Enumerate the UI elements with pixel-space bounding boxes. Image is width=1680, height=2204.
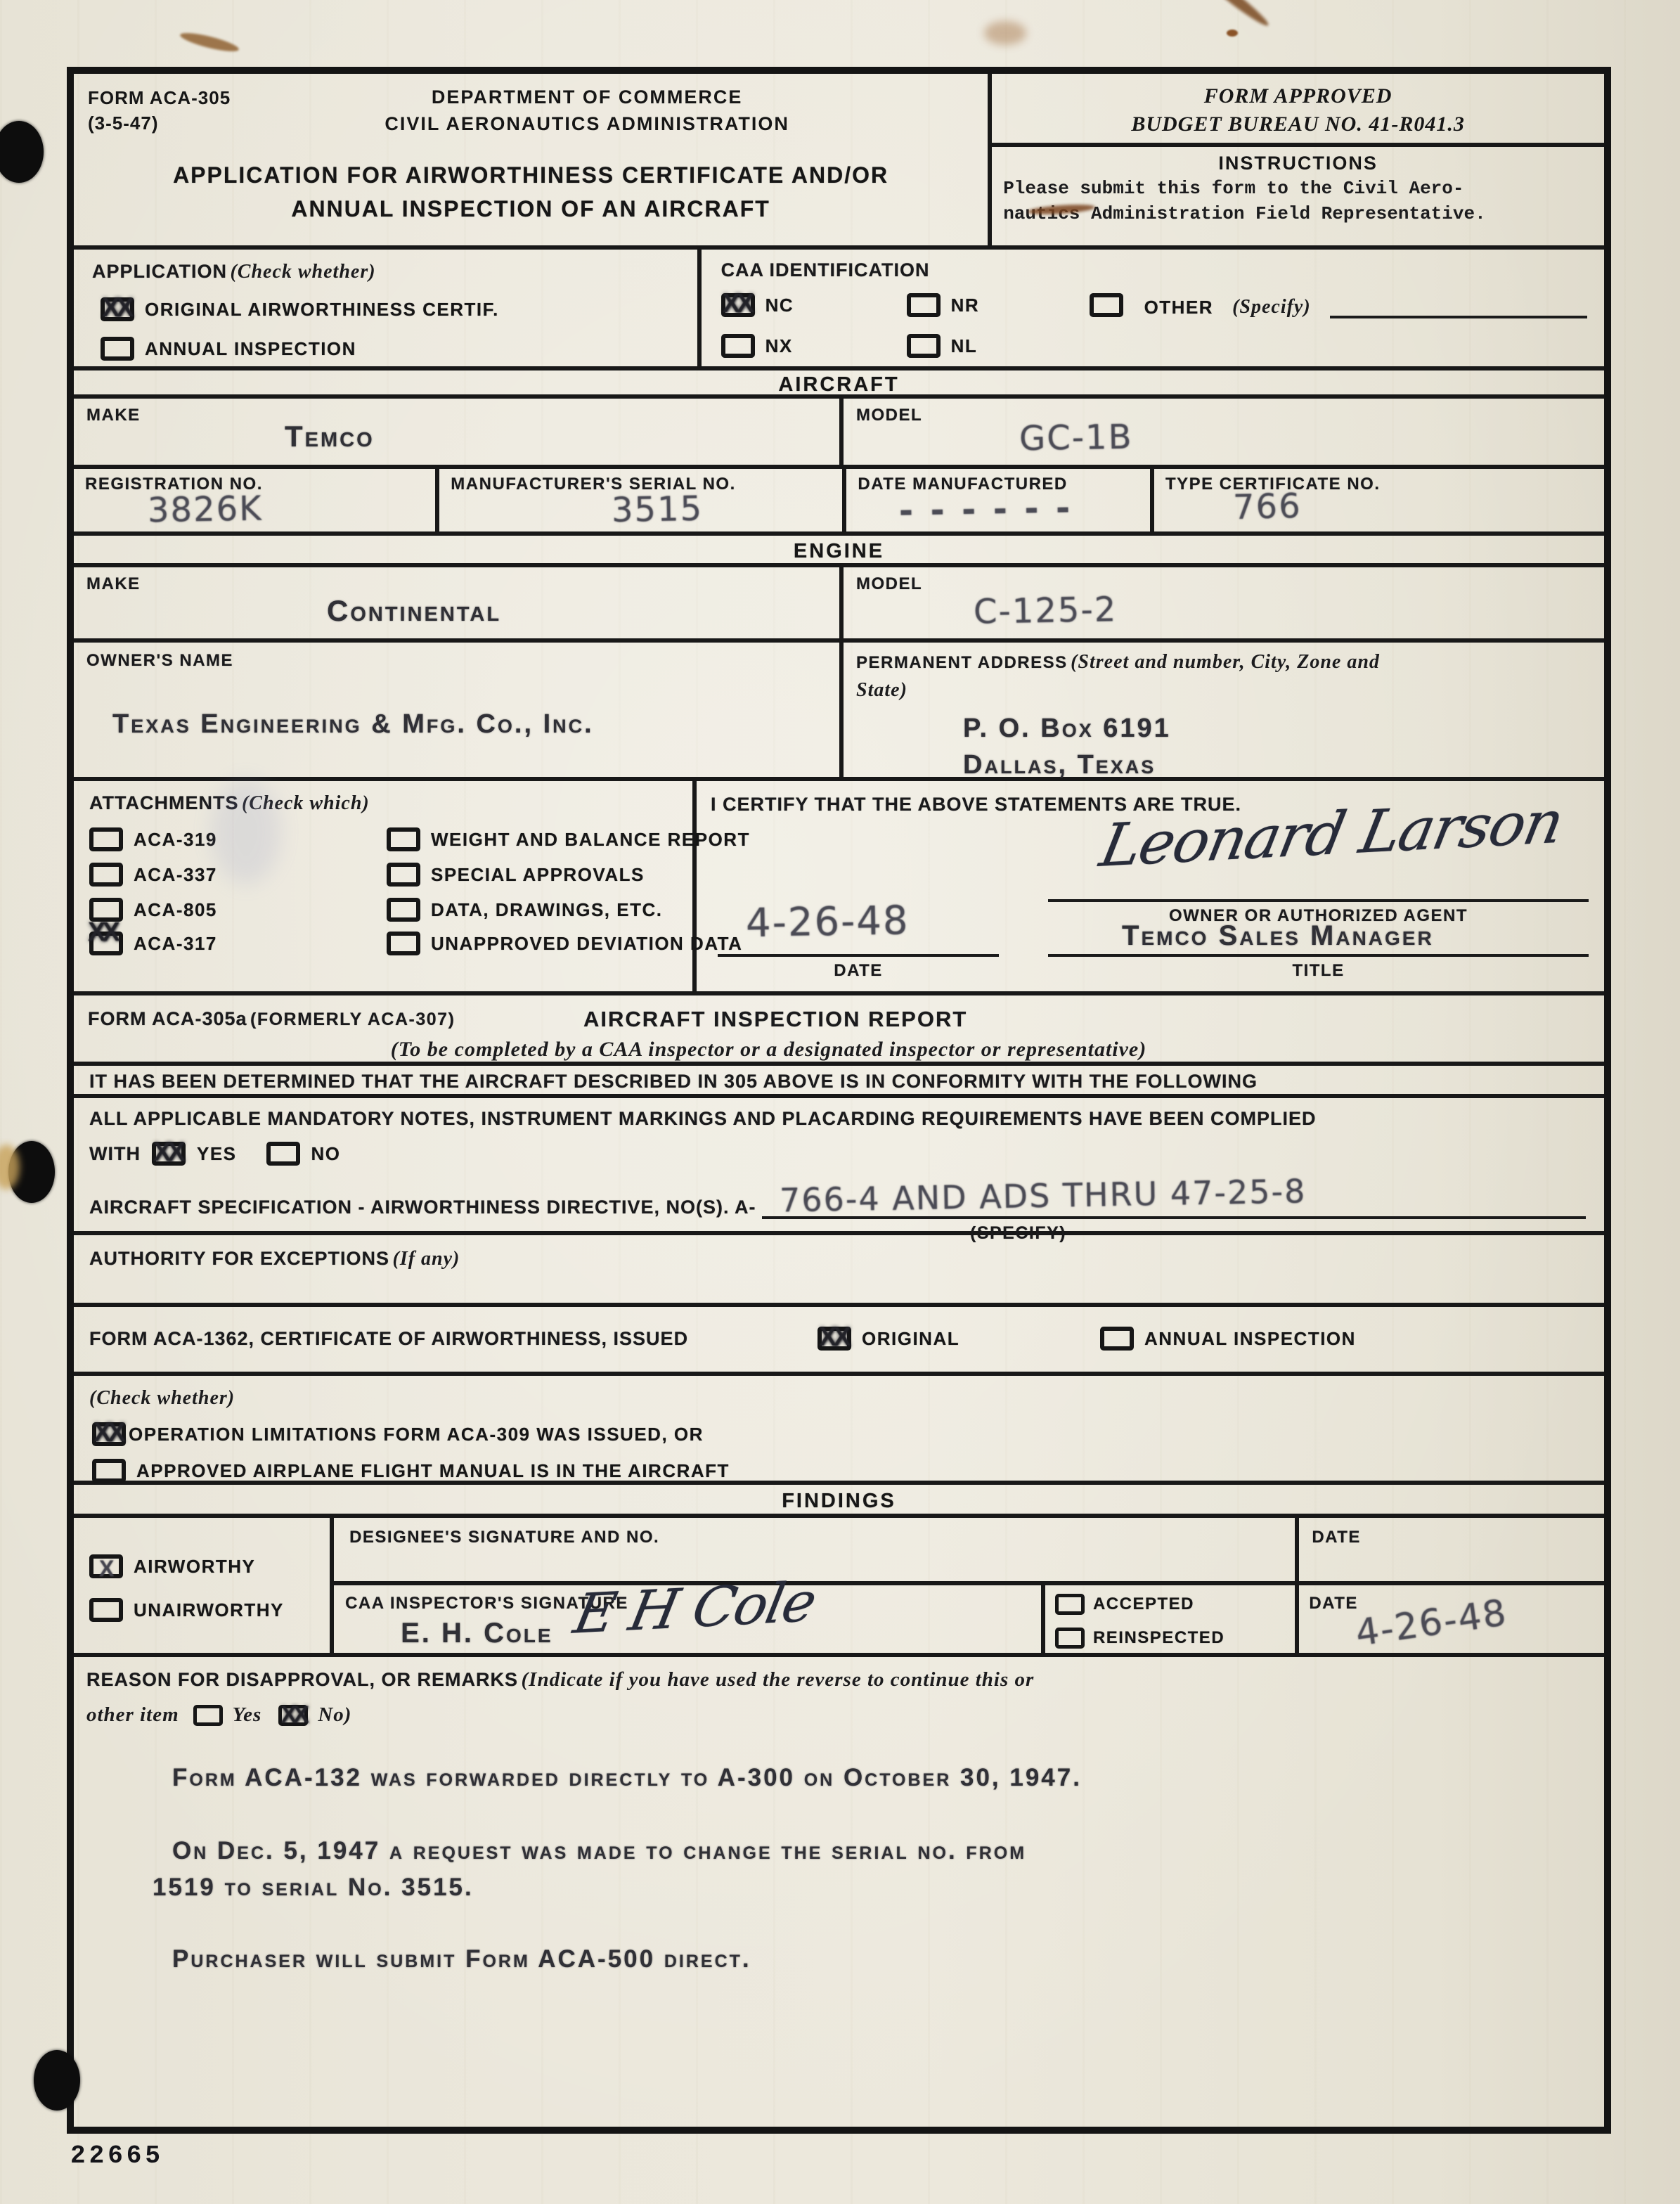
option-label: ACA-319	[134, 829, 217, 851]
option-label: UNAPPROVED DEVIATION DATA	[431, 933, 742, 955]
check-mark: XX	[723, 289, 751, 319]
form-header: FORM ACA-305 (3-5-47) DEPARTMENT OF COMM…	[74, 74, 1604, 250]
instructions-title: INSTRUCTIONS	[992, 153, 1604, 174]
option-label: YES	[197, 1143, 237, 1165]
option-nl: NL	[907, 334, 978, 358]
inspection-date-label: DATE	[1309, 1594, 1358, 1613]
application-cell: APPLICATION (Check whether) XX ORIGINAL …	[74, 250, 702, 366]
page-title: APPLICATION FOR AIRWORTHINESS CERTIFICAT…	[74, 158, 988, 226]
aircraft-model-label: MODEL	[856, 406, 922, 425]
option-label: ORIGINAL AIRWORTHINESS CERTIF.	[145, 299, 499, 321]
aca-1362-row: FORM ACA-1362, CERTIFICATE OF AIRWORTHIN…	[74, 1307, 1604, 1376]
engine-make-cell: MAKE Continental	[74, 567, 844, 638]
address-label-line: PERMANENT ADDRESS (Street and number, Ci…	[856, 650, 1380, 706]
instructions-text: Please submit this form to the Civil Aer…	[992, 174, 1604, 226]
attachments-certify-row: ATTACHMENTS (Check which) ACA-319 WEIGHT…	[74, 781, 1604, 995]
option-label: SPECIAL APPROVALS	[431, 864, 645, 886]
aircraft-make-cell: MAKE Temco	[74, 399, 844, 465]
certify-title-value: Temco Sales Manager	[1122, 920, 1434, 952]
remarks-label-line: REASON FOR DISAPPROVAL, OR REMARKS (Indi…	[86, 1668, 1034, 1691]
form-aca-305: FORM ACA-305 (3-5-47) DEPARTMENT OF COMM…	[67, 67, 1611, 2134]
remark-line-1: Form ACA-132 was forwarded directly to A…	[172, 1764, 1082, 1792]
option-issued-annual: ANNUAL INSPECTION	[1100, 1327, 1356, 1351]
engine-model-value: C-125-2	[974, 590, 1118, 632]
option-label: UNAIRWORTHY	[134, 1599, 284, 1621]
checkbox-special-approvals	[387, 863, 420, 887]
inspector-typed-name: E. H. Cole	[401, 1618, 553, 1649]
option-nc: XX NC	[721, 293, 794, 317]
checkbox-aca-337	[89, 863, 123, 887]
remarks-label: REASON FOR DISAPPROVAL, OR REMARKS	[86, 1669, 518, 1690]
checkbox-operation-limitations: XX	[92, 1422, 126, 1446]
registration-cell: REGISTRATION NO. 3826K	[74, 469, 439, 531]
checkbox-unapproved-deviation	[387, 932, 420, 955]
certification-cell: I CERTIFY THAT THE ABOVE STATEMENTS ARE …	[697, 781, 1604, 991]
approved-line1: FORM APPROVED	[992, 82, 1604, 110]
spec-directive-line: AIRCRAFT SPECIFICATION - AIRWORTHINESS D…	[89, 1174, 1586, 1219]
option-flight-manual: APPROVED AIRPLANE FLIGHT MANUAL IS IN TH…	[92, 1459, 730, 1483]
option-label: ANNUAL INSPECTION	[1144, 1328, 1356, 1350]
option-aca-319: ACA-319	[89, 827, 217, 851]
option-issued-original: XX ORIGINAL	[818, 1327, 959, 1351]
owner-cell: OWNER'S NAME Texas Engineering & Mfg. Co…	[74, 643, 844, 777]
date-manufactured-cell: DATE MANUFACTURED - - - - - -	[846, 469, 1154, 531]
option-label: ACA-317	[134, 933, 217, 955]
owner-label: OWNER'S NAME	[86, 651, 233, 671]
check-mark: XX	[819, 1322, 848, 1353]
checkbox-reverse-no: XX	[278, 1705, 308, 1726]
option-nx: NX	[721, 334, 793, 358]
checkbox-unairworthy	[89, 1598, 123, 1622]
engine-make-value: Continental	[327, 594, 501, 628]
inspection-date-value: 4-26-48	[1353, 1592, 1510, 1655]
attachments-label: ATTACHMENTS	[89, 792, 238, 813]
address-line2: Dallas, Texas	[963, 750, 1156, 780]
type-certificate-cell: TYPE CERTIFICATE NO. 766	[1154, 469, 1604, 531]
determined-row: IT HAS BEEN DETERMINED THAT THE AIRCRAFT…	[74, 1066, 1604, 1098]
department-heading: DEPARTMENT OF COMMERCE CIVIL AERONAUTICS…	[186, 84, 988, 137]
option-aca-317: XX ACA-317	[89, 932, 217, 955]
with-label: WITH	[89, 1143, 141, 1165]
checkbox-issued-original: XX	[818, 1327, 851, 1351]
report-title: AIRCRAFT INSPECTION REPORT	[583, 1007, 967, 1032]
engine-make-model: MAKE Continental MODEL C-125-2	[74, 567, 1604, 643]
option-label: ACA-337	[134, 864, 217, 886]
title-line	[1048, 954, 1589, 957]
option-unapproved-deviation: UNAPPROVED DEVIATION DATA	[387, 932, 742, 955]
checkbox-airworthy: X	[89, 1554, 123, 1578]
airworthy-cell: X AIRWORTHY UNAIRWORTHY	[74, 1518, 334, 1653]
designee-date-cell: DATE	[1299, 1518, 1604, 1581]
authority-hint: (If any)	[393, 1248, 460, 1270]
inspector-signature: E H Cole	[569, 1571, 820, 1646]
attachments-label-line: ATTACHMENTS (Check which)	[89, 792, 370, 815]
option-label: ANNUAL INSPECTION	[145, 338, 356, 360]
spec-fill-line: 766-4 AND ADS THRU 47-25-8	[762, 1174, 1587, 1219]
application-label: APPLICATION	[92, 261, 227, 282]
scanned-form-page: FORM ACA-305 (3-5-47) DEPARTMENT OF COMM…	[0, 0, 1680, 2204]
stain-top-right	[1193, 0, 1272, 30]
option-data-drawings: DATA, DRAWINGS, ETC.	[387, 898, 662, 922]
spec-label: AIRCRAFT SPECIFICATION - AIRWORTHINESS D…	[89, 1195, 756, 1219]
option-weight-balance: WEIGHT AND BALANCE REPORT	[387, 827, 750, 851]
checkbox-flight-manual	[92, 1459, 126, 1483]
check-mark: XX	[102, 293, 131, 323]
remark-line-2: On Dec. 5, 1947 a request was made to ch…	[172, 1837, 1026, 1865]
document-number: 22665	[70, 2141, 164, 2170]
option-label: ORIGINAL	[862, 1328, 959, 1350]
inspection-report-header: FORM ACA-305a (FORMERLY ACA-307) AIRCRAF…	[74, 995, 1604, 1066]
option-original-airworthiness: XX ORIGINAL AIRWORTHINESS CERTIF.	[101, 297, 499, 321]
instructions-line2: nautics Administration Field Representat…	[1003, 201, 1594, 226]
option-label: OPERATION LIMITATIONS FORM ACA-309 WAS I…	[129, 1424, 704, 1445]
signature-line	[1048, 899, 1589, 902]
address-cell: PERMANENT ADDRESS (Street and number, Ci…	[844, 643, 1604, 777]
option-aca-337: ACA-337	[89, 863, 217, 887]
header-left: FORM ACA-305 (3-5-47) DEPARTMENT OF COMM…	[74, 74, 992, 245]
address-hint2: State)	[856, 679, 907, 701]
report-formerly: (FORMERLY ACA-307)	[250, 1010, 455, 1029]
report-form-number-line: FORM ACA-305a (FORMERLY ACA-307)	[88, 1008, 455, 1030]
inspection-date-cell: DATE 4-26-48	[1299, 1585, 1604, 1653]
other-specify-hint: (Specify)	[1232, 296, 1311, 318]
option-label: APPROVED AIRPLANE FLIGHT MANUAL IS IN TH…	[136, 1460, 730, 1482]
serial-value: 3515	[612, 489, 704, 530]
title-line2: ANNUAL INSPECTION OF AN AIRCRAFT	[74, 192, 988, 226]
address-value: P. O. Box 6191Dallas, Texas	[963, 710, 1171, 783]
option-label: NR	[951, 295, 980, 316]
checkbox-data-drawings	[387, 898, 420, 922]
designee-row: DESIGNEE'S SIGNATURE AND NO. DATE	[334, 1518, 1604, 1585]
caa-identification-cell: CAA IDENTIFICATION XX NC NR OTHER (Speci…	[702, 250, 1604, 366]
application-section: APPLICATION (Check whether) XX ORIGINAL …	[74, 250, 1604, 370]
option-label: DATA, DRAWINGS, ETC.	[431, 899, 662, 921]
application-hint: (Check whether)	[230, 261, 375, 283]
option-unairworthy: UNAIRWORTHY	[89, 1598, 284, 1622]
findings-table: X AIRWORTHY UNAIRWORTHY DESIGNEE'S SIGNA…	[74, 1518, 1604, 1657]
engine-model-cell: MODEL C-125-2	[844, 567, 1604, 638]
check-mark: XX	[88, 917, 117, 948]
aircraft-model-value: GC-1B	[1019, 418, 1133, 459]
option-label: NC	[765, 295, 794, 316]
checkbox-nc: XX	[721, 293, 755, 317]
type-certificate-value: 766	[1232, 486, 1302, 527]
budget-approval: FORM APPROVED BUDGET BUREAU NO. 41-R041.…	[992, 74, 1604, 147]
remark-line-3: 1519 to serial No. 3515.	[153, 1874, 474, 1902]
stain-header	[984, 21, 1026, 45]
designee-date-label: DATE	[1312, 1528, 1361, 1547]
checkbox-nx	[721, 334, 755, 358]
certify-date-value: 4-26-48	[745, 898, 910, 946]
certify-title-label: TITLE	[1048, 961, 1589, 981]
determined-text: IT HAS BEEN DETERMINED THAT THE AIRCRAFT…	[74, 1066, 1604, 1097]
authority-row: AUTHORITY FOR EXCEPTIONS (If any)	[74, 1235, 1604, 1307]
department-line1: DEPARTMENT OF COMMERCE	[186, 84, 988, 110]
aircraft-make-model: MAKE Temco MODEL GC-1B	[74, 399, 1604, 469]
report-subtitle: (To be completed by a CAA inspector or a…	[74, 1038, 1463, 1062]
stain-form-number	[179, 30, 240, 55]
engine-make-label: MAKE	[86, 574, 141, 594]
stain-top-right-dot	[1227, 30, 1238, 37]
date-line	[718, 954, 999, 957]
option-special-approvals: SPECIAL APPROVALS	[387, 863, 645, 887]
aircraft-make-label: MAKE	[86, 406, 141, 425]
option-label: REINSPECTED	[1093, 1628, 1225, 1648]
checkbox-other	[1090, 293, 1123, 317]
option-label: ACCEPTED	[1093, 1594, 1194, 1614]
department-line2: CIVIL AERONAUTICS ADMINISTRATION	[186, 110, 988, 137]
option-label: No)	[318, 1703, 351, 1727]
check-mark: X	[99, 1556, 114, 1582]
compliance-text: ALL APPLICABLE MANDATORY NOTES, INSTRUME…	[89, 1108, 1317, 1130]
authority-label: AUTHORITY FOR EXCEPTIONS	[89, 1248, 389, 1269]
remarks-section: REASON FOR DISAPPROVAL, OR REMARKS (Indi…	[74, 1657, 1604, 2127]
option-label: ACA-805	[134, 899, 217, 921]
inspector-signature-cell: CAA INSPECTOR'S SIGNATURE E. H. Cole E H…	[334, 1585, 1045, 1653]
engine-section-banner: ENGINE	[74, 536, 1604, 567]
other-specify-line	[1330, 293, 1587, 318]
aca-1362-label: FORM ACA-1362, CERTIFICATE OF AIRWORTHIN…	[89, 1328, 688, 1350]
findings-right: DESIGNEE'S SIGNATURE AND NO. DATE CAA IN…	[334, 1518, 1604, 1653]
address-hint1: (Street and number, City, Zone and	[1071, 651, 1380, 673]
aircraft-section-banner: AIRCRAFT	[74, 370, 1604, 399]
checkbox-original-airworthiness: XX	[101, 297, 134, 321]
header-right: FORM APPROVED BUDGET BUREAU NO. 41-R041.…	[992, 74, 1604, 245]
check-mark: XX	[93, 1418, 122, 1448]
checkbox-annual-inspection	[101, 337, 134, 361]
option-label: AIRWORTHY	[134, 1556, 255, 1578]
hole-punch-top	[0, 121, 44, 183]
option-other: OTHER (Specify)	[1090, 293, 1587, 318]
checkbox-nr	[907, 293, 941, 317]
aircraft-identity-row: REGISTRATION NO. 3826K MANUFACTURER'S SE…	[74, 469, 1604, 536]
owner-address-row: OWNER'S NAME Texas Engineering & Mfg. Co…	[74, 643, 1604, 781]
authority-line: AUTHORITY FOR EXCEPTIONS (If any)	[89, 1248, 460, 1270]
attachments-cell: ATTACHMENTS (Check which) ACA-319 WEIGHT…	[74, 781, 697, 991]
address-line1: P. O. Box 6191	[963, 714, 1171, 743]
operation-limitations-row: (Check whether) XX OPERATION LIMITATIONS…	[74, 1376, 1604, 1485]
option-label: NX	[765, 335, 793, 357]
checkbox-accepted	[1055, 1594, 1085, 1615]
check-mark: XX	[153, 1138, 182, 1168]
findings-section-banner: FINDINGS	[74, 1485, 1604, 1518]
instructions-box: INSTRUCTIONS Please submit this form to …	[992, 147, 1604, 245]
remarks-hint1: (Indicate if you have used the reverse t…	[522, 1668, 1035, 1691]
option-accepted: ACCEPTED	[1055, 1594, 1194, 1615]
checkbox-yes: XX	[152, 1142, 186, 1166]
option-operation-limitations: XX OPERATION LIMITATIONS FORM ACA-309 WA…	[92, 1422, 704, 1446]
remarks-hint2: other item	[86, 1703, 179, 1727]
accepted-cell: ACCEPTED REINSPECTED	[1045, 1585, 1299, 1653]
spec-value: 766-4 AND ADS THRU 47-25-8	[779, 1172, 1306, 1219]
compliance-with-line: WITH XX YES NO	[89, 1142, 341, 1166]
report-form-number: FORM ACA-305a	[88, 1008, 247, 1029]
option-label: NO	[311, 1143, 341, 1165]
check-mark: XX	[280, 1701, 305, 1729]
compliance-row: ALL APPLICABLE MANDATORY NOTES, INSTRUME…	[74, 1098, 1604, 1235]
designee-label: DESIGNEE'S SIGNATURE AND NO.	[349, 1528, 659, 1547]
option-label: Yes	[233, 1703, 262, 1727]
inspector-row: CAA INSPECTOR'S SIGNATURE E. H. Cole E H…	[334, 1585, 1604, 1653]
caa-identification-label: CAA IDENTIFICATION	[721, 259, 930, 281]
registration-value: 3826K	[148, 489, 264, 531]
hole-punch-bottom	[34, 2050, 80, 2110]
checkbox-reinspected	[1055, 1628, 1085, 1649]
certify-date-label: DATE	[718, 961, 999, 981]
checkbox-reverse-yes	[193, 1705, 223, 1726]
approved-line2: BUDGET BUREAU NO. 41-R041.3	[992, 110, 1604, 138]
remarks-yes-no-line: other item Yes XX No)	[86, 1703, 351, 1727]
application-label-line: APPLICATION (Check whether)	[92, 261, 376, 283]
remark-line-4: Purchaser will submit Form ACA-500 direc…	[172, 1945, 751, 1973]
checkbox-no	[266, 1142, 300, 1166]
instructions-line1: Please submit this form to the Civil Aer…	[1003, 176, 1594, 201]
option-label: NL	[951, 335, 978, 357]
address-label: PERMANENT ADDRESS	[856, 653, 1068, 672]
owner-value: Texas Engineering & Mfg. Co., Inc.	[112, 709, 594, 740]
title-line1: APPLICATION FOR AIRWORTHINESS CERTIFICAT…	[74, 158, 988, 192]
serial-cell: MANUFACTURER'S SERIAL NO. 3515	[439, 469, 846, 531]
checkbox-nl	[907, 334, 941, 358]
aircraft-make-value: Temco	[285, 420, 375, 453]
aircraft-model-cell: MODEL GC-1B	[844, 399, 1604, 465]
option-airworthy: X AIRWORTHY	[89, 1554, 255, 1578]
attachments-hint: (Check which)	[242, 792, 370, 814]
engine-model-label: MODEL	[856, 574, 922, 594]
checkbox-aca-317: XX	[89, 932, 123, 955]
hole-punch-middle	[8, 1141, 55, 1203]
option-annual-inspection: ANNUAL INSPECTION	[101, 337, 356, 361]
option-nr: NR	[907, 293, 980, 317]
option-reinspected: REINSPECTED	[1055, 1628, 1225, 1649]
checkbox-weight-balance	[387, 827, 420, 851]
check-whether-hint: (Check whether)	[89, 1387, 235, 1410]
option-label: OTHER	[1144, 297, 1214, 318]
date-manufactured-value: - - - - - -	[899, 489, 1073, 531]
checkbox-issued-annual	[1100, 1327, 1134, 1351]
checkbox-aca-319	[89, 827, 123, 851]
